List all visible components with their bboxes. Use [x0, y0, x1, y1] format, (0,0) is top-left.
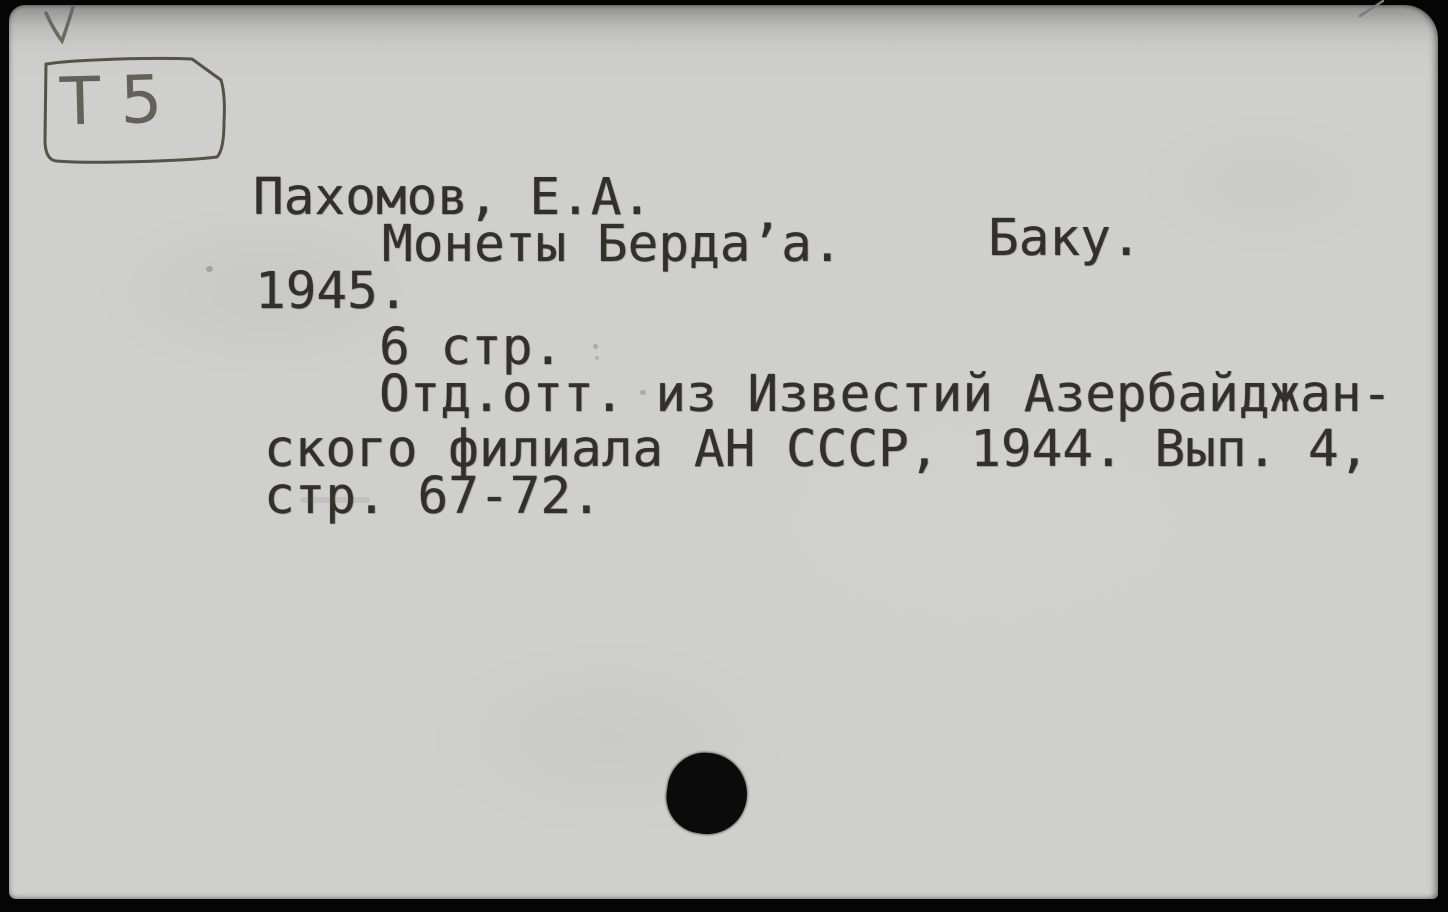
ink-smudge — [593, 344, 598, 349]
year-line: 1945. — [255, 266, 409, 317]
ink-smudge — [300, 497, 370, 503]
ink-smudge — [206, 266, 213, 272]
scanned-catalog-card: Пахомов, Е.А. Монеты Берда’а. Баку. 1945… — [0, 0, 1448, 912]
ink-smudge — [640, 390, 646, 395]
note-line-1: Отд.отт. из Известий Азербайджан- — [379, 369, 1392, 420]
title-line: Монеты Берда’а. — [382, 219, 843, 270]
place-of-publication: Баку. — [988, 213, 1142, 264]
ink-smudge — [595, 356, 599, 360]
shelf-mark: Т5 — [59, 66, 183, 135]
